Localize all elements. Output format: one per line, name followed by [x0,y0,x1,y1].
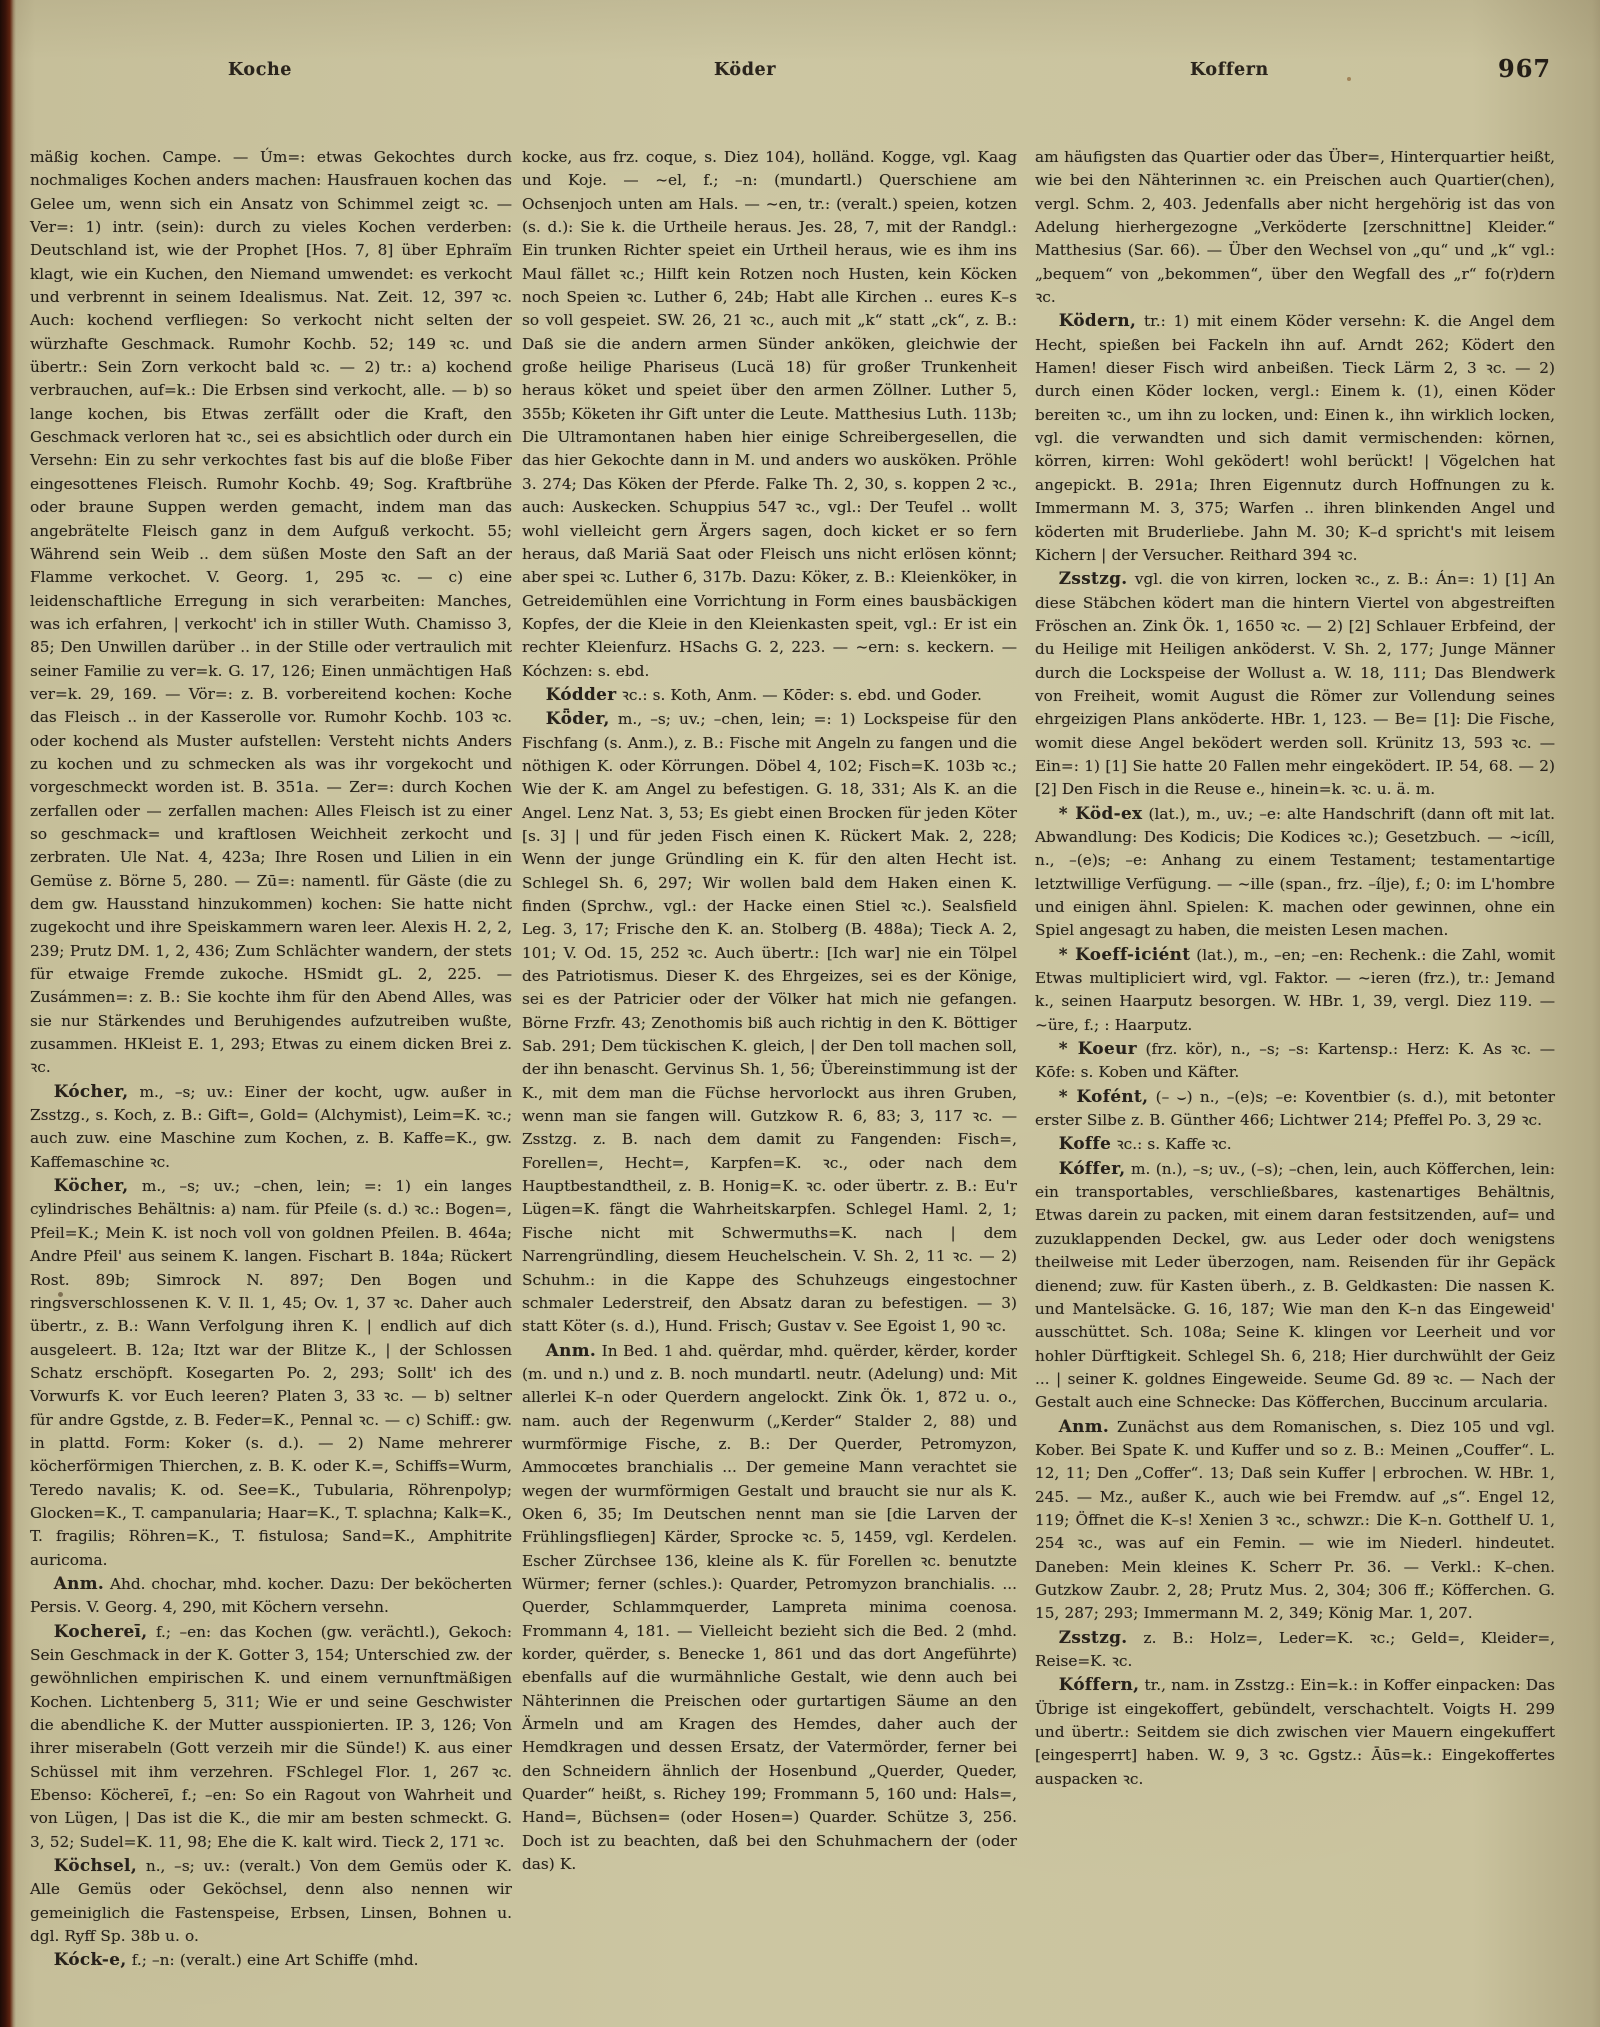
text-column-1: mäßig kochen. Campe. — Úm=: etwas Gekoch… [30,146,512,1973]
entry-paragraph: Anm. In Bed. 1 ahd. quërdar, mhd. quërde… [522,1339,1017,1877]
entry-headword: Anm. [546,1340,596,1360]
entry-headword: Kódder [546,684,617,704]
scanned-dictionary-page: { "header": { "left": "Koche", "center":… [0,0,1600,2027]
entry-paragraph: Anm. Ahd. chochar, mhd. kocher. Dazu: De… [30,1572,512,1620]
entry-paragraph: Kócher, m., –s; uv.: Einer der kocht, ug… [30,1080,512,1174]
entry-headword: * Koeff-iciént [1059,944,1191,964]
entry-headword: Koffe [1059,1133,1112,1153]
continuation-paragraph: kocke, aus frz. coque, s. Diez 104), hol… [522,146,1017,683]
entry-paragraph: Kóffer, m. (n.), –s; uv., (–s); –chen, l… [1035,1157,1555,1415]
entry-paragraph: Kódder ꝛc.: s. Koth, Anm. — Kōder: s. eb… [522,683,1017,707]
entry-paragraph: Zsstzg. z. B.: Holz=, Leder=K. ꝛc.; Geld… [1035,1626,1555,1674]
continuation-paragraph: mäßig kochen. Campe. — Úm=: etwas Gekoch… [30,146,512,1080]
entry-paragraph: * Koeff-iciént (lat.), m., –en; –en: Rec… [1035,943,1555,1037]
entry-headword: * Kofént, [1059,1086,1149,1106]
text-column-2: kocke, aus frz. coque, s. Diez 104), hol… [522,146,1017,1876]
entry-paragraph: * Köd-ex (lat.), m., uv.; –e: alte Hands… [1035,802,1555,943]
entry-paragraph: Kochereī, f.; –en: das Kochen (gw. veräc… [30,1620,512,1854]
entry-headword: Kóck-e, [54,1949,127,1969]
continuation-paragraph: am häufigsten das Quartier oder das Über… [1035,146,1555,309]
entry-headword: Köcher, [54,1175,129,1195]
entry-paragraph: Kȫder, m., –s; uv.; –chen, lein; =: 1) L… [522,707,1017,1338]
entry-paragraph: * Koeur (frz. kör), n., –s; –s: Kartensp… [1035,1037,1555,1085]
entry-headword: Kochereī, [54,1621,148,1641]
page-number: 967 [1498,54,1551,83]
entry-headword: Köchsel, [54,1855,137,1875]
entry-headword: Kóffern, [1059,1674,1140,1694]
entry-headword: Kócher, [54,1081,129,1101]
entry-paragraph: Zsstzg. vgl. die von kirren, locken ꝛc.,… [1035,567,1555,801]
entry-headword: Zsstzg. [1059,568,1128,588]
running-head-center: Köder [714,60,776,80]
entry-paragraph: Anm. Zunächst aus dem Romanischen, s. Di… [1035,1415,1555,1626]
running-head-right: Koffern [1190,60,1269,80]
entry-headword: * Köd-ex [1059,803,1143,823]
entry-paragraph: Köcher, m., –s; uv.; –chen, lein; =: 1) … [30,1174,512,1572]
running-head: Koche Köder Koffern 967 [0,0,1600,100]
entry-paragraph: Kóck-e, f.; –n: (veralt.) eine Art Schif… [30,1948,512,1972]
entry-headword: Ködern, [1059,310,1137,330]
text-column-3: am häufigsten das Quartier oder das Über… [1035,146,1555,1791]
scan-border-left [0,0,16,2027]
running-head-left: Koche [228,60,292,80]
entry-headword: Zsstzg. [1059,1627,1128,1647]
entry-paragraph: Köchsel, n., –s; uv.: (veralt.) Von dem … [30,1854,512,1948]
entry-headword: * Koeur [1059,1038,1137,1058]
entry-headword: Anm. [1059,1416,1109,1436]
entry-paragraph: Koffe ꝛc.: s. Kaffe ꝛc. [1035,1132,1555,1156]
entry-headword: Kȫder, [546,708,610,728]
entry-paragraph: Ködern, tr.: 1) mit einem Köder versehn:… [1035,309,1555,567]
entry-headword: Anm. [54,1573,104,1593]
entry-headword: Kóffer, [1059,1158,1126,1178]
entry-paragraph: * Kofént, (– ⌣) n., –(e)s; –e: Koventbie… [1035,1085,1555,1133]
entry-paragraph: Kóffern, tr., nam. in Zsstzg.: Ein=k.: i… [1035,1673,1555,1791]
